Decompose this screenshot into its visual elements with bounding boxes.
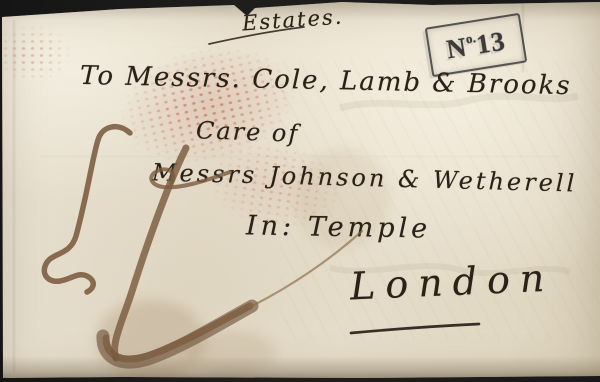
address-line-care-of: Care of <box>196 116 300 148</box>
address-line-district: In: Temple <box>246 210 432 244</box>
red-postmark-wash <box>108 31 308 181</box>
red-postmark-speckles <box>108 31 308 181</box>
paper-crease <box>40 156 560 157</box>
red-postmark-speckles <box>0 24 72 84</box>
red-ink-specks <box>0 24 72 84</box>
paper-bottom-shadow <box>0 356 600 382</box>
address-struck-word: Messrs <box>152 158 258 189</box>
rate-mark-figure-2 <box>44 127 130 292</box>
letter-scan: Estates. No.13 To Messrs. Cole, Lamb & B… <box>0 0 600 382</box>
handstamp-number: 13 <box>474 25 507 60</box>
letter-paper: Estates. No.13 To Messrs. Cole, Lamb & B… <box>0 0 600 382</box>
red-postmark-smudge <box>108 31 308 181</box>
paper-crease <box>13 20 15 372</box>
handstamp-ordinal: o. <box>465 30 477 47</box>
address-line-city: London <box>349 256 555 309</box>
rate-mark-hook-core <box>106 306 250 359</box>
rate-mark-hook <box>103 306 252 362</box>
